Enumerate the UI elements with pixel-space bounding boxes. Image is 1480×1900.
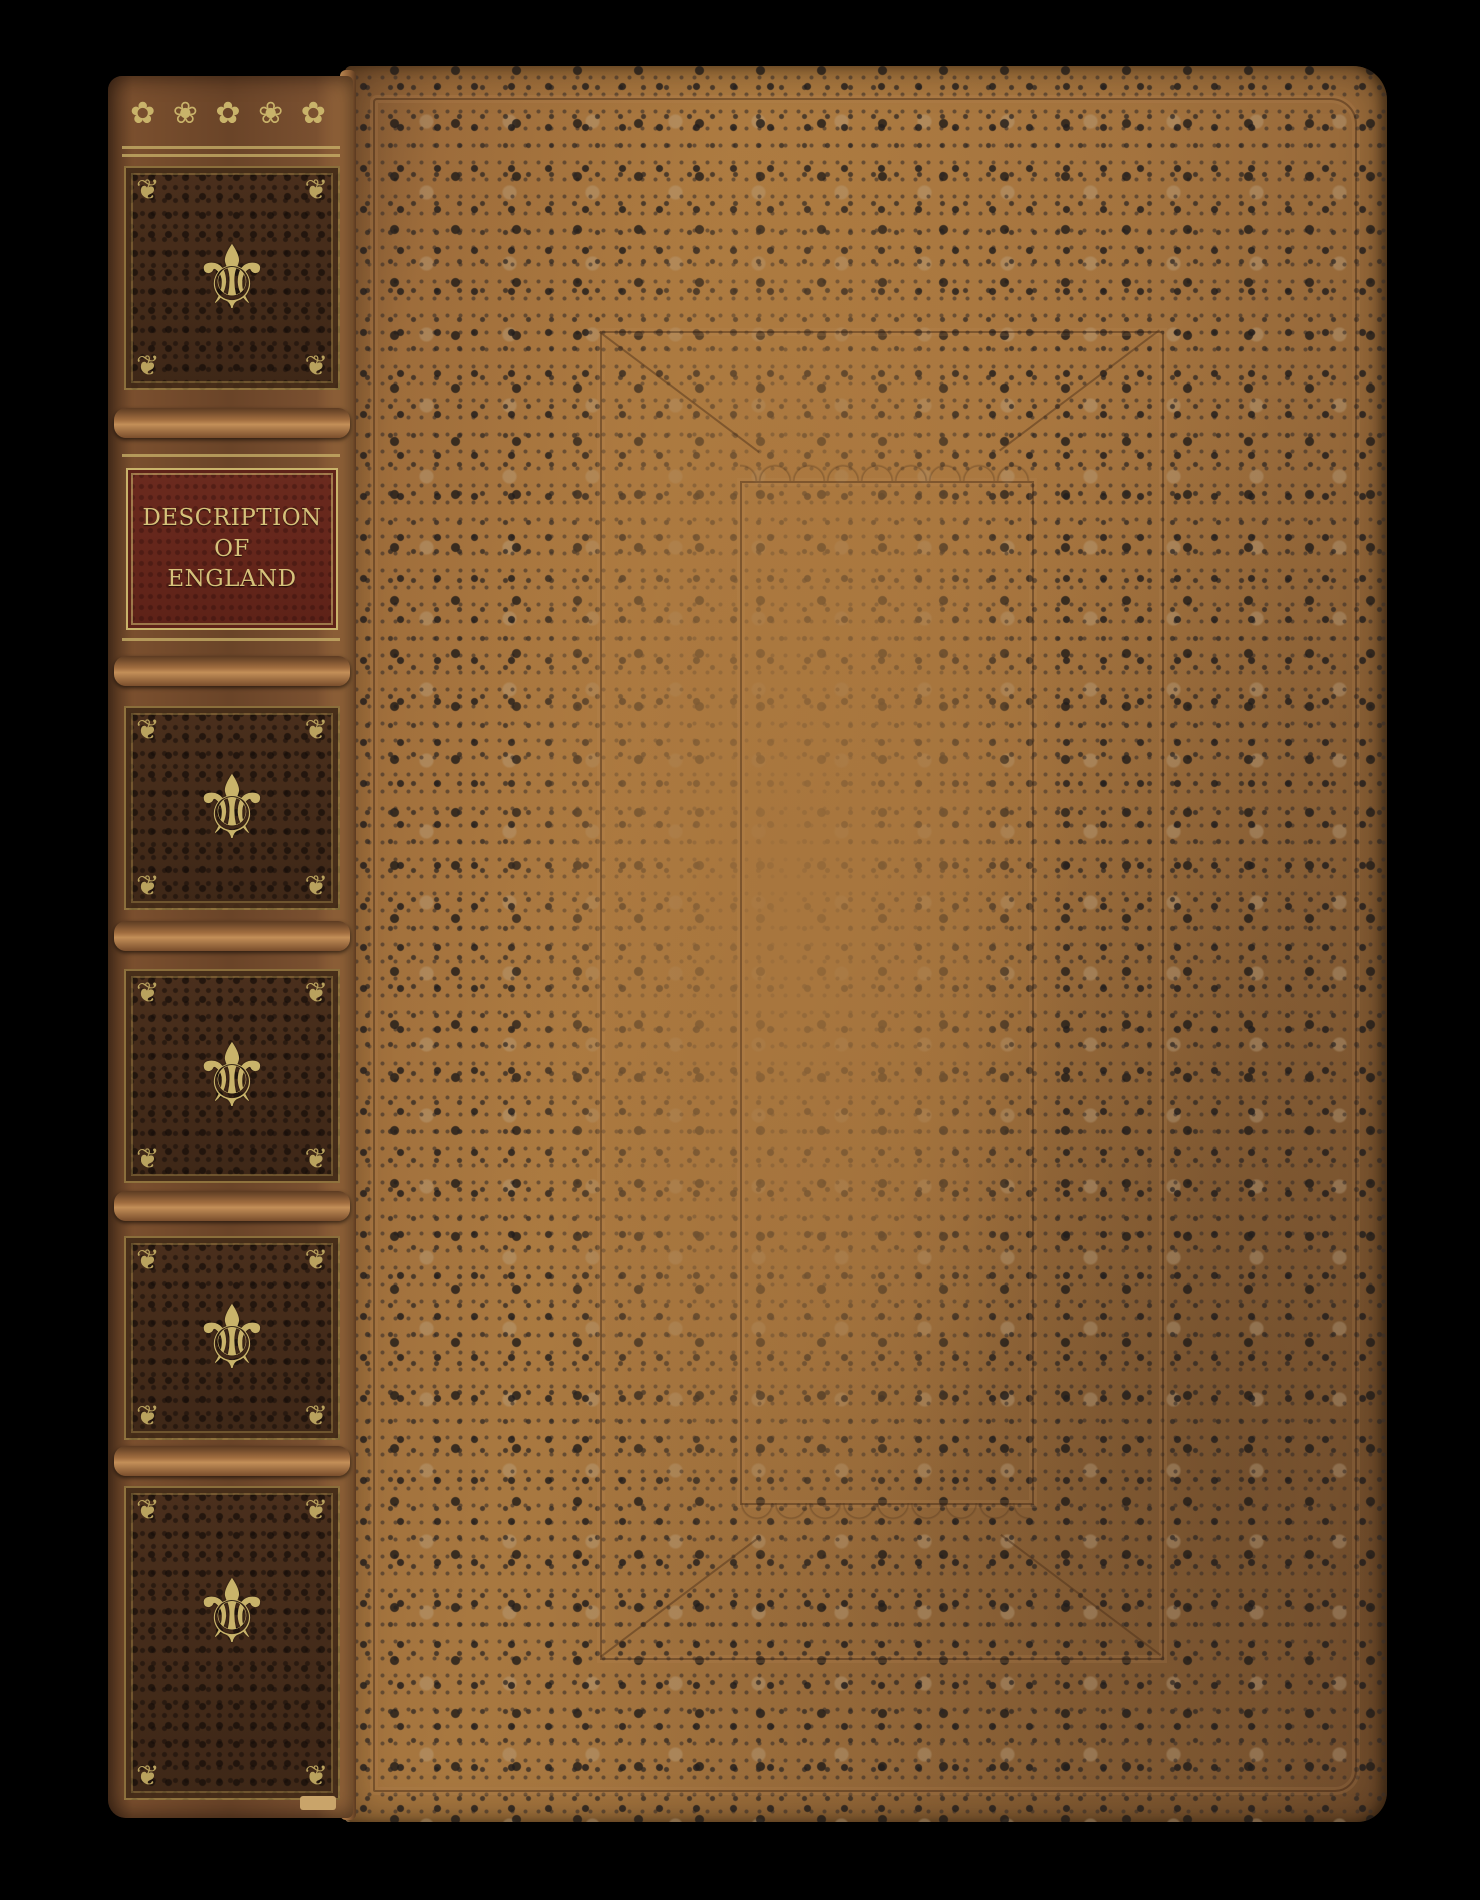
raised-band — [114, 1191, 350, 1221]
spine-compartment-5: ⚜ ❦ ❦ ❦ ❦ — [124, 1486, 340, 1800]
fleuron-icon: ⚜ — [193, 234, 272, 322]
fleuron-icon: ⚜ — [193, 1568, 272, 1656]
corner-tool-icon: ❦ — [305, 1246, 328, 1274]
corner-tool-icon: ❦ — [305, 1145, 328, 1173]
spine: ✿ ❀ ✿ ❀ ✿ ⚜ ❦ ❦ ❦ ❦ DESCRIPTION OF ENGLA… — [108, 76, 353, 1818]
spine-compartment-1: ⚜ ❦ ❦ ❦ ❦ — [124, 166, 340, 390]
raised-band — [114, 656, 350, 686]
corner-tool-icon: ❦ — [305, 352, 328, 380]
title-line-1: DESCRIPTION — [142, 505, 321, 531]
spine-compartment-4: ⚜ ❦ ❦ ❦ ❦ — [124, 1236, 340, 1440]
scalloped-edge-top — [740, 459, 1030, 481]
corner-tool-icon: ❦ — [136, 979, 159, 1007]
inner-panel — [740, 481, 1034, 1505]
gilt-rule — [122, 638, 340, 641]
title-line-2: OF — [214, 536, 250, 562]
worn-spine-tail — [300, 1796, 336, 1810]
book-photo: ✿ ❀ ✿ ❀ ✿ ⚜ ❦ ❦ ❦ ❦ DESCRIPTION OF ENGLA… — [0, 0, 1480, 1900]
raised-band — [114, 1446, 350, 1476]
front-cover — [345, 66, 1387, 1822]
corner-tool-icon: ❦ — [305, 1402, 328, 1430]
corner-tool-icon: ❦ — [136, 176, 159, 204]
title-line-3: ENGLAND — [167, 566, 296, 592]
scalloped-edge-bottom — [740, 1503, 1030, 1525]
corner-tool-icon: ❦ — [136, 352, 159, 380]
corner-tool-icon: ❦ — [305, 1496, 328, 1524]
corner-tool-icon: ❦ — [305, 1762, 328, 1790]
corner-tool-icon: ❦ — [136, 1145, 159, 1173]
corner-tool-icon: ❦ — [136, 1402, 159, 1430]
raised-band — [114, 921, 350, 951]
corner-tool-icon: ❦ — [136, 1246, 159, 1274]
head-tooling: ✿ ❀ ✿ ❀ ✿ — [124, 84, 336, 144]
corner-tool-icon: ❦ — [305, 176, 328, 204]
gilt-rule — [122, 154, 340, 157]
fleuron-icon: ⚜ — [193, 764, 272, 852]
gilt-rule — [122, 146, 340, 149]
corner-tool-icon: ❦ — [136, 1762, 159, 1790]
spine-compartment-2: ⚜ ❦ ❦ ❦ ❦ — [124, 706, 340, 910]
fleuron-icon: ⚜ — [193, 1032, 272, 1120]
corner-tool-icon: ❦ — [136, 716, 159, 744]
raised-band — [114, 408, 350, 438]
spine-title-label: DESCRIPTION OF ENGLAND — [126, 468, 338, 630]
corner-tool-icon: ❦ — [136, 1496, 159, 1524]
corner-tool-icon: ❦ — [305, 979, 328, 1007]
corner-tool-icon: ❦ — [305, 716, 328, 744]
corner-tool-icon: ❦ — [136, 872, 159, 900]
spine-compartment-3: ⚜ ❦ ❦ ❦ ❦ — [124, 969, 340, 1183]
gilt-rule — [122, 454, 340, 457]
corner-tool-icon: ❦ — [305, 872, 328, 900]
fleuron-icon: ⚜ — [193, 1294, 272, 1382]
